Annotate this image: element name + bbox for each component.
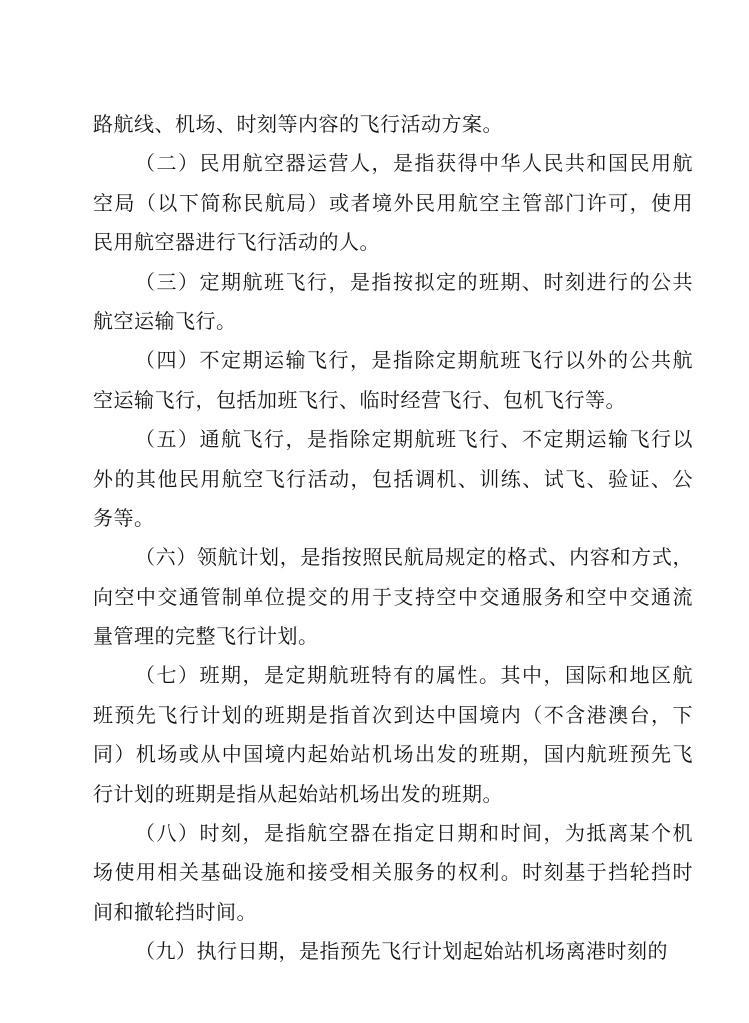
text-line: （三）定期航班飞行，是指按拟定的班期、时刻进行的公共 [93,264,693,303]
text-line: （九）执行日期，是指预先飞行计划起始站机场离港时刻的 [93,933,693,972]
document-page: 路航线、机场、时刻等内容的飞行活动方案。（二）民用航空器运营人，是指获得中华人民… [0,0,749,1023]
text-line: 行计划的班期是指从起始站机场出发的班期。 [93,776,693,815]
text-line: （五）通航飞行，是指除定期航班飞行、不定期运输飞行以 [93,421,693,460]
text-line: 航空运输飞行。 [93,303,693,342]
text-line: 班预先飞行计划的班期是指首次到达中国境内（不含港澳台，下 [93,697,693,736]
text-line: 量管理的完整飞行计划。 [93,618,693,657]
text-line: 向空中交通管制单位提交的用于支持空中交通服务和空中交通流 [93,579,693,618]
text-line: （四）不定期运输飞行，是指除定期航班飞行以外的公共航 [93,342,693,381]
text-line: 外的其他民用航空飞行活动，包括调机、训练、试飞、验证、公 [93,461,693,500]
text-line: 路航线、机场、时刻等内容的飞行活动方案。 [93,106,693,145]
text-line: 空局（以下简称民航局）或者境外民用航空主管部门许可，使用 [93,185,693,224]
text-line: （七）班期，是定期航班特有的属性。其中，国际和地区航 [93,657,693,696]
text-line: 务等。 [93,500,693,539]
document-body-text: 路航线、机场、时刻等内容的飞行活动方案。（二）民用航空器运营人，是指获得中华人民… [93,106,693,973]
text-line: 空运输飞行，包括加班飞行、临时经营飞行、包机飞行等。 [93,382,693,421]
text-line: 同）机场或从中国境内起始站机场出发的班期，国内航班预先飞 [93,736,693,775]
text-line: 间和撤轮挡时间。 [93,894,693,933]
text-line: （六）领航计划，是指按照民航局规定的格式、内容和方式， [93,539,693,578]
text-line: （八）时刻，是指航空器在指定日期和时间，为抵离某个机 [93,815,693,854]
text-line: 场使用相关基础设施和接受相关服务的权利。时刻基于挡轮挡时 [93,854,693,893]
text-line: （二）民用航空器运营人，是指获得中华人民共和国民用航 [93,145,693,184]
text-line: 民用航空器进行飞行活动的人。 [93,224,693,263]
